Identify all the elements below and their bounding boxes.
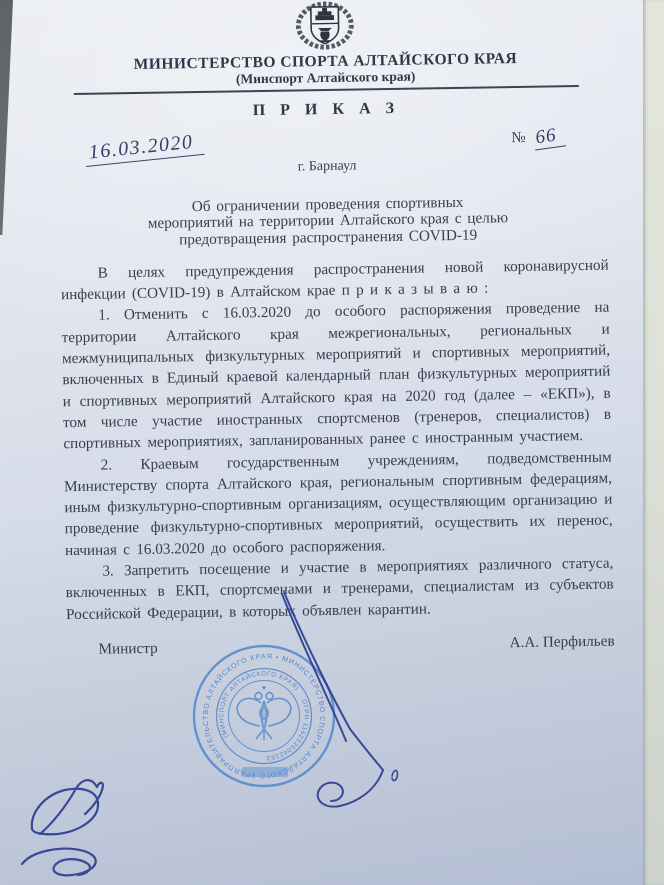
order-item-3: 3. Запретить посещение и участие в мероп… [65, 553, 614, 625]
order-item-2: 2. Краевым государственным учреждениям, … [64, 446, 614, 561]
signer-title: Министр [66, 640, 157, 659]
photo-background-right-edge [643, 0, 664, 885]
handwritten-date: 16.03.2020 [84, 130, 205, 167]
document-number: № 66 [511, 125, 565, 149]
number-sign: № [511, 126, 526, 147]
document-type-title: П Р И К А З [26, 96, 626, 123]
order-item-1: 1. Отменить с 16.03.2020 до особого расп… [61, 297, 611, 455]
signer-name: А.А. Перфильев [509, 633, 614, 653]
stamp-ogrn-text: ОГРН 1162225042163 [266, 699, 310, 762]
official-round-stamp: ПРАВИТЕЛЬСТВО АЛТАЙСКОГО КРАЯ • МИНИСТЕР… [178, 630, 350, 802]
stamp-smudge [242, 767, 288, 777]
document-photo: МИНИСТЕРСТВО СПОРТА АЛТАЙСКОГО КРАЯ (Мин… [0, 0, 664, 885]
document-body: В целях предупреждения распространения н… [61, 255, 615, 626]
altai-krai-coat-of-arms-icon [286, 0, 363, 50]
handwritten-number: 66 [532, 124, 566, 151]
stamp-eagle-emblem [237, 686, 291, 740]
photo-background-left-edge [0, 0, 13, 235]
svg-text:ОГРН 1162225042163: ОГРН 1162225042163 [266, 699, 310, 762]
document-subject: Об ограничении проведения спортивных мер… [28, 192, 629, 250]
